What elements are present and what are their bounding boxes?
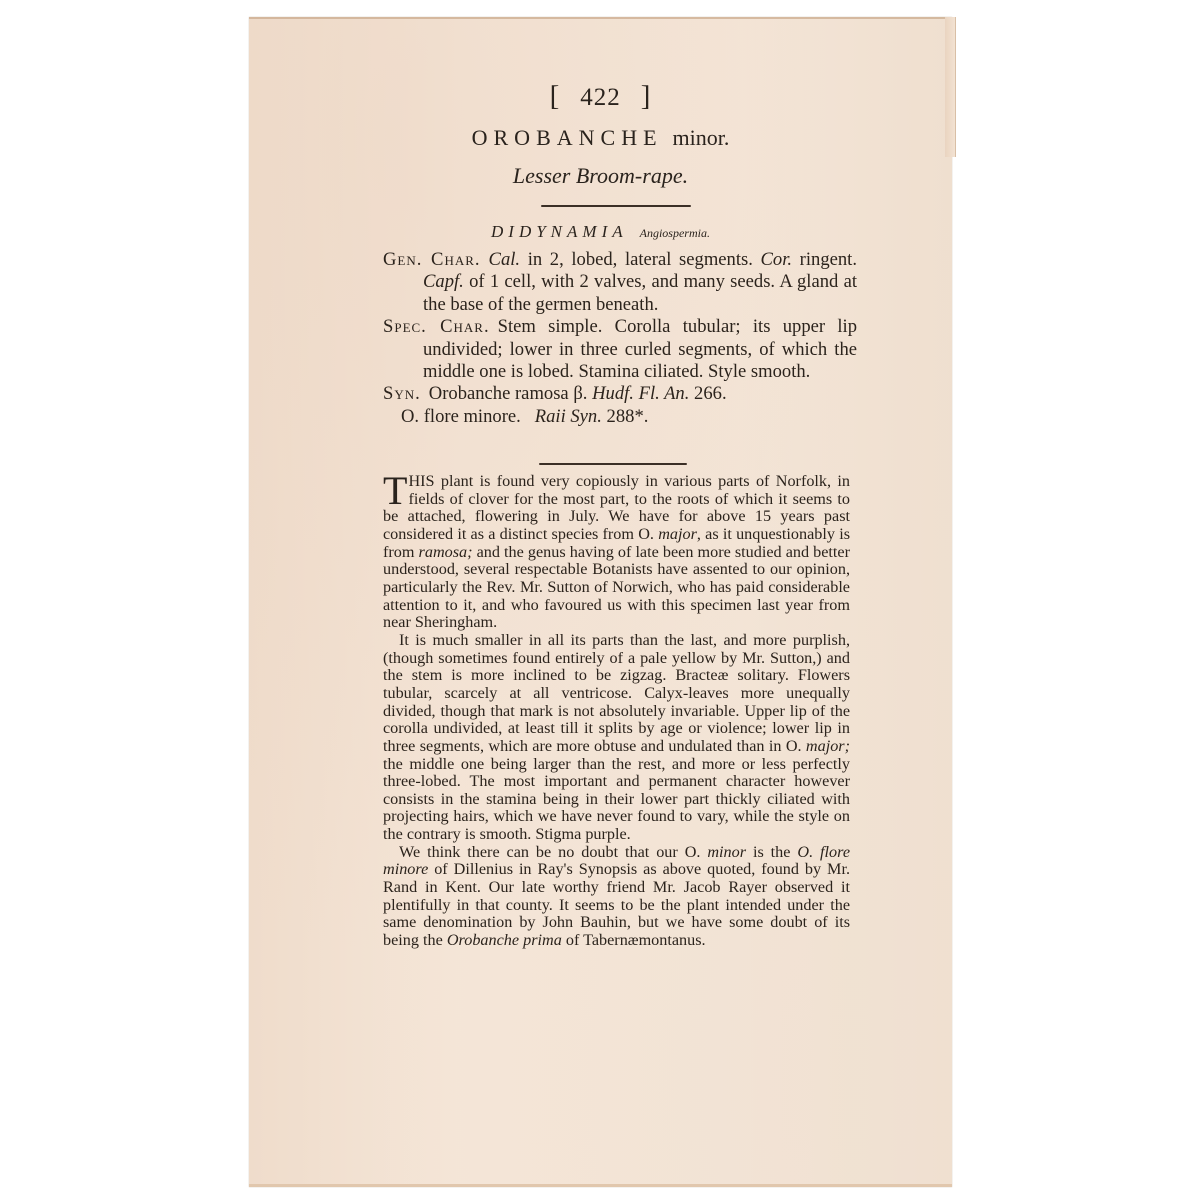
text-run: We think there can be no doubt that our … [399,843,707,861]
classification-heading: DIDYNAMIA Angiospermia. [249,222,952,242]
divider-rule [541,205,691,207]
text-run: ringent. [792,249,857,270]
text-run: 266. [694,383,727,404]
common-name: Lesser Broom-rape. [249,163,952,189]
characters-block: Gen. Char.Cal. in 2, lobed, lateral segm… [383,249,857,428]
text-run: of Tabernæmontanus. [562,931,706,949]
paragraph: It is much smaller in all its parts than… [383,632,850,844]
text-italic: major; [806,737,850,755]
linnaean-order: Angiospermia. [640,226,710,240]
spec-char-label: Spec. Char. [383,316,490,337]
page-title: OROBANCHE minor. [249,125,952,152]
close-bracket: ] [641,80,652,112]
text-run: Orobanche ramosa β. [429,383,588,404]
text-run: the middle one being larger than the res… [383,755,850,844]
syn-label: Syn. [383,383,421,404]
synonym-1: Syn.Orobanche ramosa β. Hudf. Fl. An. 26… [383,383,857,405]
description-body: THIS plant is found very copiously in va… [383,473,850,950]
text-run: in 2, lobed, lateral segments. [520,249,760,270]
text-italic: ramosa; [419,543,473,561]
page-top-edge [249,17,952,19]
book-page: [422] OROBANCHE minor. Lesser Broom-rape… [249,17,952,1187]
linnaean-class: DIDYNAMIA [491,222,628,241]
text-run: O. flore minore. [401,406,521,427]
text-run: It is much smaller in all its parts than… [383,631,850,755]
page-bottom-edge [249,1184,952,1187]
page-number: [422] [249,80,952,113]
text-italic: Hudf. Fl. An. [592,383,689,404]
genus-name: OROBANCHE [472,125,663,150]
paragraph: THIS plant is found very copiously in va… [383,473,850,632]
text-run: of 1 cell, with 2 valves, and many seeds… [423,271,857,314]
text-italic: minor [707,843,746,861]
text-run: 288*. [607,406,649,427]
text-italic: Cal. [489,249,521,270]
synonym-2: O. flore minore. Raii Syn. 288*. [383,406,857,428]
divider-rule [539,463,687,465]
text-italic: Orobanche prima [447,931,562,949]
drop-cap: T [383,475,407,507]
text-italic: Capf. [423,271,464,292]
text-run: is the [746,843,797,861]
species-name: minor. [673,125,730,150]
text-italic: Cor. [761,249,793,270]
specific-character: Spec. Char.Stem simple. Corolla tubular;… [383,316,857,383]
text-italic: major [658,525,697,543]
open-bracket: [ [550,80,561,112]
text-italic: Raii Syn. [535,406,602,427]
page-number-value: 422 [580,84,621,112]
gen-char-label: Gen. Char. [383,249,481,270]
paragraph: We think there can be no doubt that our … [383,844,850,950]
generic-character: Gen. Char.Cal. in 2, lobed, lateral segm… [383,249,857,316]
